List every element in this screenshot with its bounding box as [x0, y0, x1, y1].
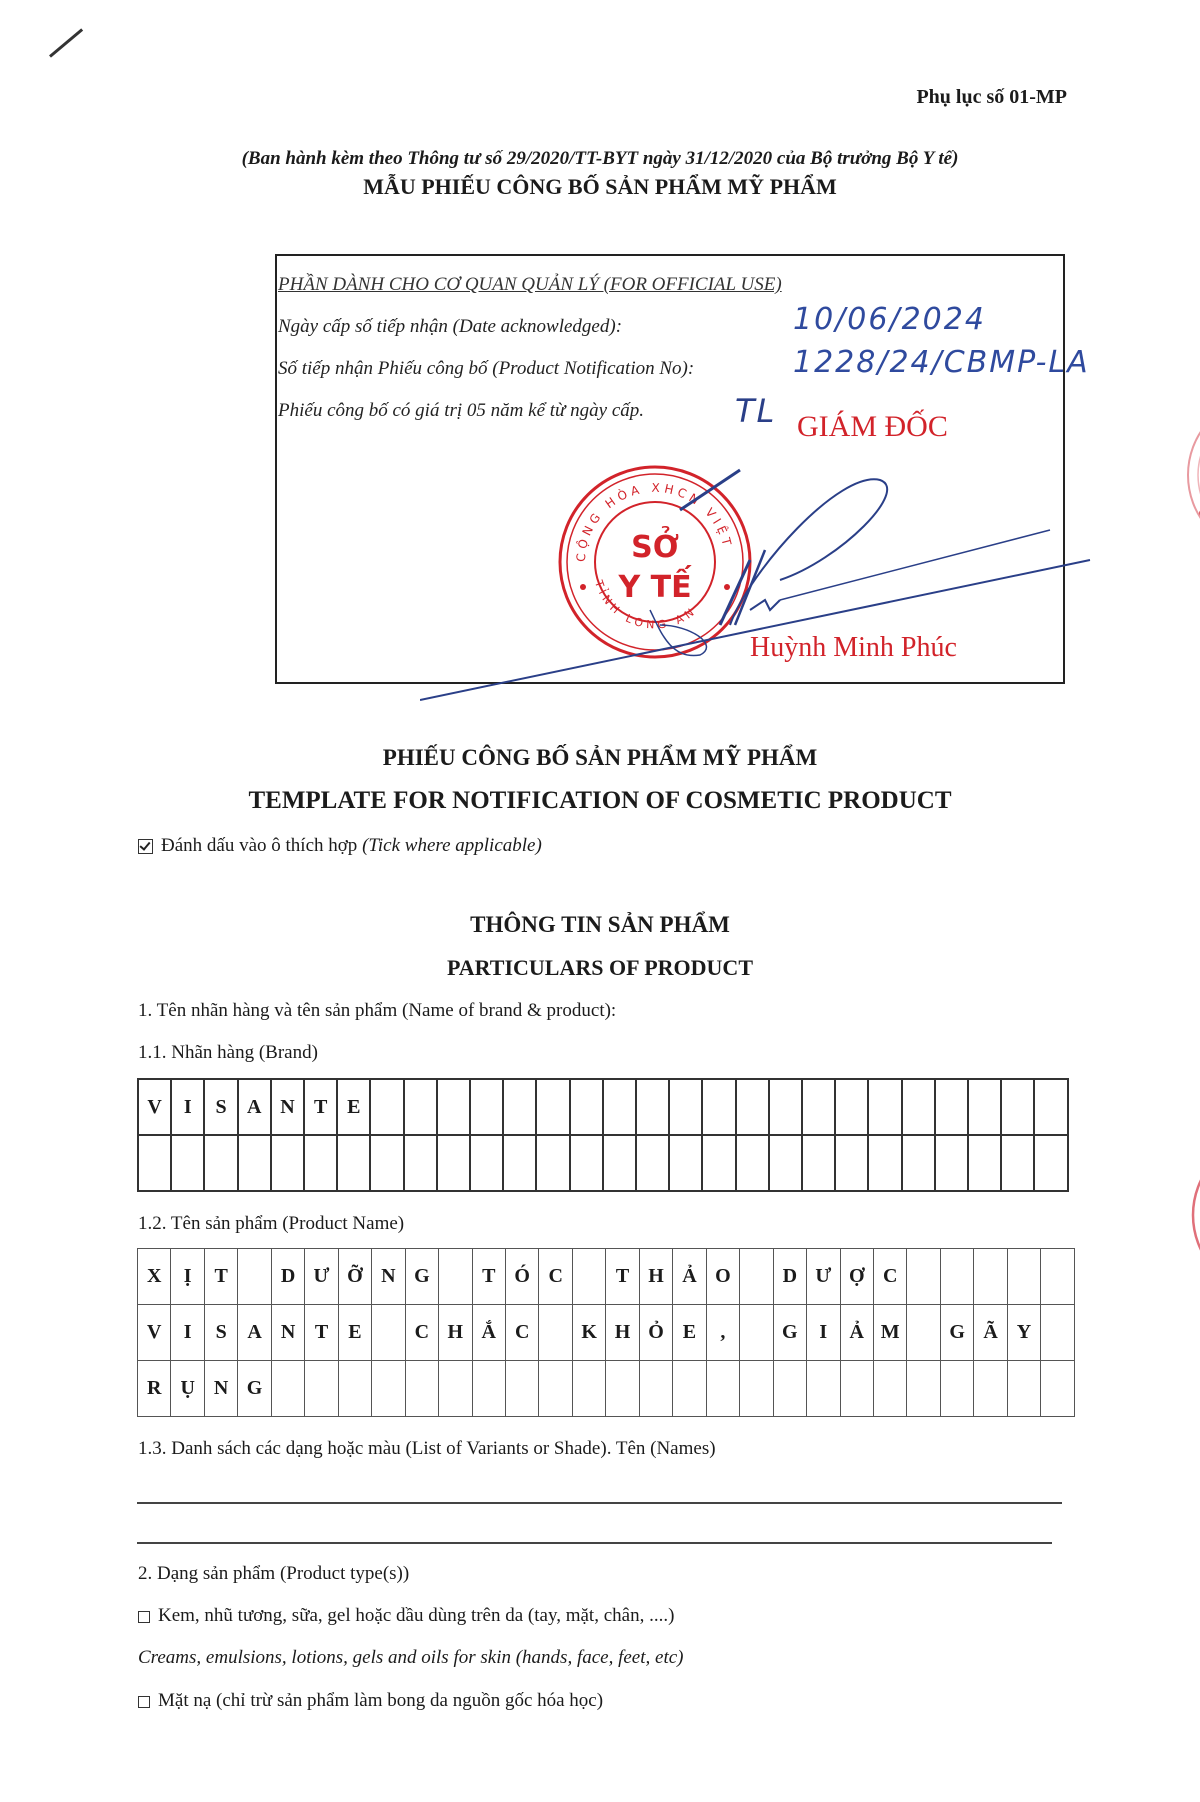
grid-cell[interactable] [539, 1361, 572, 1417]
grid-cell[interactable] [902, 1135, 935, 1191]
grid-cell[interactable]: K [572, 1305, 605, 1361]
grid-cell[interactable] [305, 1361, 338, 1417]
grid-cell[interactable] [370, 1079, 403, 1135]
grid-cell[interactable] [271, 1135, 304, 1191]
grid-cell[interactable]: T [304, 1079, 337, 1135]
grid-cell[interactable] [907, 1361, 940, 1417]
grid-cell[interactable]: D [773, 1249, 806, 1305]
grid-cell[interactable] [536, 1135, 569, 1191]
grid-cell[interactable] [802, 1135, 835, 1191]
variant-line[interactable] [137, 1542, 1052, 1544]
grid-cell[interactable]: N [372, 1249, 405, 1305]
option-label-en: Creams, emulsions, lotions, gels and oil… [138, 1647, 684, 1669]
grid-row: XỊTDƯỠNGTÓCTHẢODƯỢC [138, 1249, 1075, 1305]
grid-cell[interactable]: N [271, 1305, 304, 1361]
grid-cell[interactable] [338, 1361, 371, 1417]
tick-note-en: (Tick where applicable) [362, 835, 542, 856]
grid-cell[interactable] [1041, 1305, 1075, 1361]
grid-cell[interactable]: E [338, 1305, 371, 1361]
grid-cell[interactable]: I [171, 1079, 204, 1135]
issued-note: (Ban hành kèm theo Thông tư số 29/2020/T… [0, 148, 1200, 170]
date-acknowledged-label: Ngày cấp số tiếp nhận (Date acknowledged… [278, 316, 622, 338]
grid-cell[interactable] [736, 1079, 769, 1135]
grid-cell[interactable]: T [606, 1249, 639, 1305]
grid-cell[interactable]: C [505, 1305, 538, 1361]
product-name-grid: XỊTDƯỠNGTÓCTHẢODƯỢCVISANTECHẮCKHỎE,GIẢMG… [137, 1248, 1075, 1417]
grid-cell[interactable]: E [337, 1079, 370, 1135]
grid-cell[interactable] [572, 1249, 605, 1305]
option-label: Mặt nạ (chỉ trừ sản phẩm làm bong da ngu… [158, 1690, 603, 1711]
grid-cell[interactable] [1007, 1361, 1040, 1417]
grid-cell[interactable] [736, 1135, 769, 1191]
grid-cell[interactable] [902, 1079, 935, 1135]
grid-cell[interactable] [370, 1135, 403, 1191]
grid-cell[interactable] [404, 1079, 437, 1135]
grid-cell[interactable]: G [773, 1305, 806, 1361]
grid-cell[interactable] [873, 1361, 906, 1417]
grid-cell[interactable]: Y [1007, 1305, 1040, 1361]
notification-number-label: Số tiếp nhận Phiếu công bố (Product Noti… [278, 358, 694, 380]
grid-cell[interactable] [606, 1361, 639, 1417]
grid-cell[interactable]: G [405, 1249, 438, 1305]
grid-cell[interactable] [204, 1135, 237, 1191]
grid-cell[interactable] [840, 1361, 873, 1417]
section-title-vn: THÔNG TIN SẢN PHẨM [0, 912, 1200, 938]
grid-cell[interactable]: R [138, 1361, 171, 1417]
grid-cell[interactable] [372, 1361, 405, 1417]
grid-cell[interactable]: I [807, 1305, 840, 1361]
grid-cell[interactable]: H [439, 1305, 472, 1361]
grid-cell[interactable] [740, 1305, 773, 1361]
grid-cell[interactable] [639, 1361, 672, 1417]
grid-cell[interactable] [1034, 1079, 1068, 1135]
grid-cell[interactable] [603, 1135, 636, 1191]
grid-cell[interactable] [740, 1361, 773, 1417]
grid-cell[interactable] [1041, 1361, 1075, 1417]
grid-cell[interactable]: G [238, 1361, 271, 1417]
grid-cell[interactable]: Ã [974, 1305, 1007, 1361]
grid-cell[interactable] [835, 1079, 868, 1135]
form-title: MẪU PHIẾU CÔNG BỐ SẢN PHẨM MỸ PHẨM [0, 174, 1200, 200]
notification-number-value: 1228/24/CBMP-LA [793, 345, 1090, 380]
grid-cell[interactable] [470, 1079, 503, 1135]
grid-cell[interactable] [968, 1079, 1001, 1135]
grid-row: VISANTECHẮCKHỎE,GIẢMGÃY [138, 1305, 1075, 1361]
grid-cell[interactable] [974, 1249, 1007, 1305]
checkbox-icon[interactable] [138, 1696, 150, 1708]
grid-cell[interactable]: C [539, 1249, 572, 1305]
grid-cell[interactable] [702, 1079, 735, 1135]
grid-cell[interactable] [439, 1249, 472, 1305]
appendix-label: Phụ lục số 01-MP [916, 86, 1067, 109]
checkbox-icon[interactable] [138, 1611, 150, 1623]
validity-label: Phiếu công bố có giá trị 05 năm kể từ ng… [278, 400, 644, 422]
grid-cell[interactable]: Ả [673, 1249, 706, 1305]
grid-cell[interactable] [472, 1361, 505, 1417]
grid-cell[interactable] [372, 1305, 405, 1361]
grid-cell[interactable] [138, 1135, 171, 1191]
grid-cell[interactable]: V [138, 1305, 171, 1361]
grid-cell[interactable] [570, 1135, 603, 1191]
product-type-option-mask[interactable]: Mặt nạ (chỉ trừ sản phẩm làm bong da ngu… [138, 1690, 603, 1712]
signature-icon [420, 450, 1100, 710]
grid-cell[interactable] [337, 1135, 370, 1191]
grid-cell[interactable] [935, 1135, 968, 1191]
grid-cell[interactable] [807, 1361, 840, 1417]
grid-cell[interactable] [1001, 1079, 1034, 1135]
grid-cell[interactable] [503, 1135, 536, 1191]
grid-cell[interactable] [940, 1249, 973, 1305]
tick-note-vn: Đánh dấu vào ô thích hợp [161, 835, 357, 856]
grid-cell[interactable]: Ư [807, 1249, 840, 1305]
grid-cell[interactable] [570, 1079, 603, 1135]
grid-cell[interactable]: Ắ [472, 1305, 505, 1361]
director-title: GIÁM ĐỐC [797, 410, 948, 444]
grid-cell[interactable]: C [873, 1249, 906, 1305]
grid-cell[interactable]: Ả [840, 1305, 873, 1361]
grid-cell[interactable]: D [271, 1249, 304, 1305]
grid-cell[interactable] [536, 1079, 569, 1135]
grid-cell[interactable] [974, 1361, 1007, 1417]
grid-cell[interactable] [271, 1361, 304, 1417]
tick-note: Đánh dấu vào ô thích hợp (Tick where app… [138, 835, 542, 857]
grid-cell[interactable] [669, 1079, 702, 1135]
grid-cell[interactable] [470, 1135, 503, 1191]
grid-cell[interactable] [503, 1079, 536, 1135]
grid-cell[interactable]: V [138, 1079, 171, 1135]
grid-cell[interactable]: H [639, 1249, 672, 1305]
grid-cell[interactable] [673, 1361, 706, 1417]
variant-line[interactable] [137, 1502, 1062, 1504]
grid-cell[interactable] [171, 1135, 204, 1191]
grid-row: RỤNG [138, 1361, 1075, 1417]
partial-seal-icon [1185, 1135, 1200, 1295]
product-type-label: 2. Dạng sản phẩm (Product type(s)) [138, 1563, 409, 1585]
grid-cell[interactable] [1034, 1135, 1068, 1191]
grid-cell[interactable] [935, 1079, 968, 1135]
grid-cell[interactable] [304, 1135, 337, 1191]
grid-cell[interactable]: X [138, 1249, 171, 1305]
brand-grid: VISANTE [137, 1078, 1069, 1192]
section-title-en: PARTICULARS OF PRODUCT [0, 955, 1200, 981]
main-title-en: TEMPLATE FOR NOTIFICATION OF COSMETIC PR… [0, 787, 1200, 815]
grid-cell[interactable] [968, 1135, 1001, 1191]
grid-cell[interactable]: N [204, 1361, 237, 1417]
grid-cell[interactable] [636, 1135, 669, 1191]
grid-cell[interactable] [706, 1361, 739, 1417]
initials: TL [735, 392, 776, 430]
pen-mark [49, 28, 83, 57]
product-type-option-creams[interactable]: Kem, nhũ tương, sữa, gel hoặc dầu dùng t… [138, 1605, 674, 1627]
brand-label: 1.1. Nhãn hàng (Brand) [138, 1042, 318, 1064]
date-acknowledged-value: 10/06/2024 [793, 302, 986, 337]
grid-cell[interactable]: Ỏ [639, 1305, 672, 1361]
grid-cell[interactable] [439, 1361, 472, 1417]
grid-cell[interactable] [769, 1135, 802, 1191]
grid-cell[interactable] [802, 1079, 835, 1135]
variants-label: 1.3. Danh sách các dạng hoặc màu (List o… [138, 1438, 716, 1460]
grid-cell[interactable] [835, 1135, 868, 1191]
grid-cell[interactable] [238, 1135, 271, 1191]
grid-cell[interactable]: O [706, 1249, 739, 1305]
partial-seal-icon [1180, 395, 1200, 555]
grid-cell[interactable] [907, 1249, 940, 1305]
option-label: Kem, nhũ tương, sữa, gel hoặc dầu dùng t… [158, 1605, 674, 1626]
grid-cell[interactable] [572, 1361, 605, 1417]
grid-cell[interactable]: Ị [171, 1249, 204, 1305]
grid-cell[interactable]: Ó [505, 1249, 538, 1305]
checked-box-icon [138, 839, 153, 854]
grid-cell[interactable] [1007, 1249, 1040, 1305]
grid-cell[interactable]: N [271, 1079, 304, 1135]
grid-cell[interactable] [907, 1305, 940, 1361]
grid-cell[interactable]: Ụ [171, 1361, 204, 1417]
grid-cell[interactable]: A [238, 1079, 271, 1135]
grid-cell[interactable] [603, 1079, 636, 1135]
grid-cell[interactable]: T [204, 1249, 237, 1305]
signer-name: Huỳnh Minh Phúc [750, 632, 957, 664]
grid-cell[interactable] [868, 1135, 901, 1191]
grid-row: VISANTE [138, 1079, 1068, 1135]
official-use-heading: PHẦN DÀNH CHO CƠ QUAN QUẢN LÝ (FOR OFFIC… [278, 274, 782, 296]
grid-cell[interactable] [868, 1079, 901, 1135]
grid-cell[interactable]: S [204, 1305, 237, 1361]
grid-cell[interactable] [505, 1361, 538, 1417]
grid-cell[interactable] [405, 1361, 438, 1417]
grid-cell[interactable]: , [706, 1305, 739, 1361]
grid-cell[interactable]: Ỡ [338, 1249, 371, 1305]
grid-cell[interactable]: C [405, 1305, 438, 1361]
grid-cell[interactable] [740, 1249, 773, 1305]
grid-cell[interactable]: G [940, 1305, 973, 1361]
grid-cell[interactable] [636, 1079, 669, 1135]
grid-cell[interactable]: Ư [305, 1249, 338, 1305]
grid-cell[interactable] [769, 1079, 802, 1135]
grid-row [138, 1135, 1068, 1191]
grid-cell[interactable]: A [238, 1305, 271, 1361]
main-title-vn: PHIẾU CÔNG BỐ SẢN PHẨM MỸ PHẨM [0, 745, 1200, 771]
grid-cell[interactable]: Ợ [840, 1249, 873, 1305]
grid-cell[interactable] [669, 1135, 702, 1191]
grid-cell[interactable] [940, 1361, 973, 1417]
grid-cell[interactable] [437, 1135, 470, 1191]
grid-cell[interactable]: H [606, 1305, 639, 1361]
product-name-label: 1.2. Tên sản phẩm (Product Name) [138, 1213, 404, 1235]
grid-cell[interactable]: S [204, 1079, 237, 1135]
grid-cell[interactable] [1041, 1249, 1075, 1305]
grid-cell[interactable] [773, 1361, 806, 1417]
grid-cell[interactable]: T [305, 1305, 338, 1361]
grid-cell[interactable] [1001, 1135, 1034, 1191]
grid-cell[interactable]: E [673, 1305, 706, 1361]
grid-cell[interactable]: T [472, 1249, 505, 1305]
grid-cell[interactable] [539, 1305, 572, 1361]
grid-cell[interactable] [238, 1249, 271, 1305]
grid-cell[interactable] [437, 1079, 470, 1135]
grid-cell[interactable] [702, 1135, 735, 1191]
grid-cell[interactable]: I [171, 1305, 204, 1361]
grid-cell[interactable] [404, 1135, 437, 1191]
grid-cell[interactable]: M [873, 1305, 906, 1361]
item-1-label: 1. Tên nhãn hàng và tên sản phẩm (Name o… [138, 1000, 616, 1022]
